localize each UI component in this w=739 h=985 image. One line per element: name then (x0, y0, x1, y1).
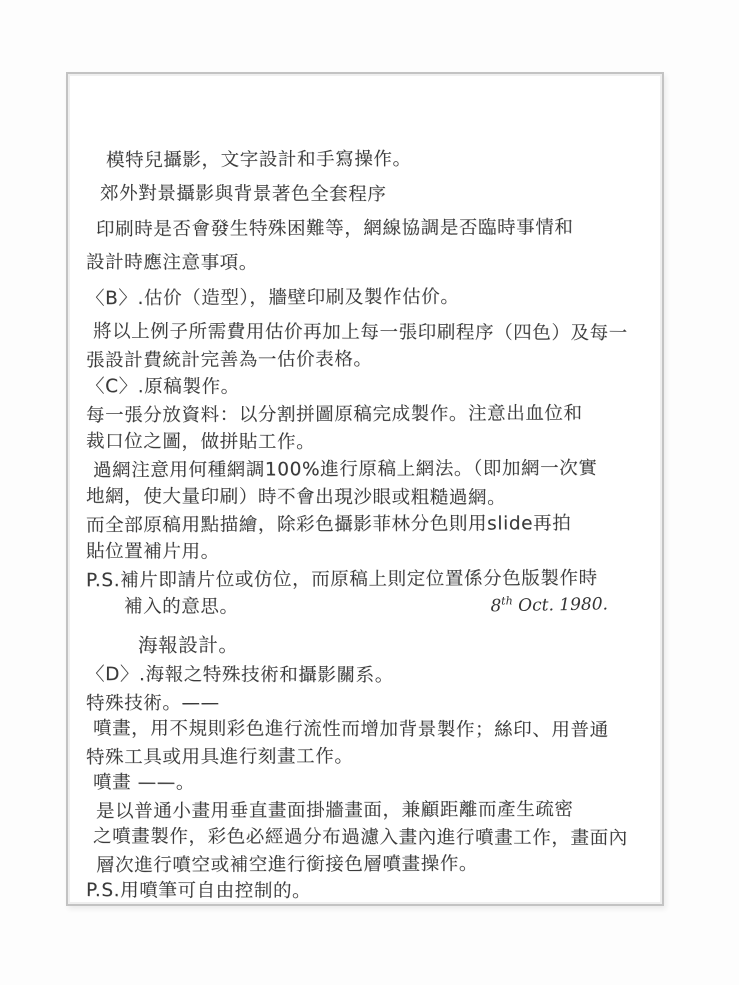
handwritten-line: 每一張分放資料：以分割拼圖原稿完成製作。注意出血位和 (86, 400, 636, 430)
scan-background: 模特兒攝影，文字設計和手寫操作。 郊外對景攝影與背景著色全套程序 印刷時是否會發… (0, 0, 739, 985)
date-ordinal-suffix: th (501, 594, 513, 607)
handwritten-line: 之噴畫製作，彩色必經過分布過濾入畫內進行噴畫工作，畫面內 (86, 823, 636, 852)
handwritten-line: 特殊技術。—— (86, 687, 636, 716)
manuscript-text-block: 模特兒攝影，文字設計和手寫操作。 郊外對景攝影與背景著色全套程序 印刷時是否會發… (68, 74, 662, 905)
handwritten-line: 特殊工具或用具進行刻畫工作。 (86, 741, 636, 770)
manuscript-page: 模特兒攝影，文字設計和手寫操作。 郊外對景攝影與背景著色全套程序 印刷時是否會發… (66, 72, 664, 906)
date-day: 8 (490, 596, 501, 616)
notes-section-printing: 模特兒攝影，文字設計和手寫操作。 郊外對景攝影與背景著色全套程序 印刷時是否會發… (86, 146, 636, 621)
handwritten-line: 〈B〉.估价（造型），牆壁印刷及製作估价。 (86, 283, 636, 313)
handwritten-line: 過網注意用何種網調100%進行原稿上網法。（即加網一次實 (86, 455, 636, 485)
handwritten-line: 郊外對景攝影與背景著色全套程序 (86, 180, 636, 209)
handwritten-line: P.S.用噴筆可自由控制的。 (86, 877, 636, 906)
handwritten-line: 噴畫 ——。 (86, 769, 636, 798)
handwritten-line: 是以普通小畫用垂直畫面掛牆畫面，兼顧距離而產生疏密 (86, 795, 636, 824)
handwritten-line: 層次進行噴空或補空進行銜接色層噴畫操作。 (86, 849, 636, 878)
handwritten-line: 噴畫，用不規則彩色進行流性而增加背景製作；絲印、用普通 (86, 715, 636, 744)
handwritten-line: 模特兒攝影，文字設計和手寫操作。 (86, 145, 636, 175)
handwritten-line: 將以上例子所需費用估价再加上每一張印刷程序（四色）及每一 (86, 318, 636, 347)
handwritten-line: 張設計費統計完善為一估价表格。 (86, 345, 636, 375)
section-heading-poster-design: 海報設計。 (86, 629, 636, 658)
notes-section-poster-design: 海報設計。 〈D〉.海報之特殊技術和攝影關系。 特殊技術。—— 噴畫，用不規則彩… (86, 631, 636, 905)
handwritten-line: 印刷時是否會發生特殊困難等，網線協調是否臨時事情和 (86, 214, 636, 244)
handwritten-line: P.S.補片即請片位或仿位，而原稿上則定位置係分色版製作時 (86, 565, 636, 595)
handwritten-line: 而全部原稿用點描繪，除彩色攝影菲林分色則用slide再拍 (86, 510, 636, 540)
handwritten-line: 〈D〉.海報之特殊技術和攝影關系。 (86, 661, 636, 690)
date-rest: Oct. 1980. (513, 594, 609, 616)
handwritten-line: 〈C〉.原稿製作。 (86, 373, 636, 402)
handwritten-line: 裁口位之圖，做拼貼工作。 (86, 428, 636, 457)
handwritten-line: 地網，使大量印刷）時不會出現沙眼或粗糙過網。 (86, 483, 636, 512)
handwritten-line: 貼位置補片用。 (86, 538, 636, 567)
handwritten-line: 設計時應注意事項。 (86, 249, 636, 278)
